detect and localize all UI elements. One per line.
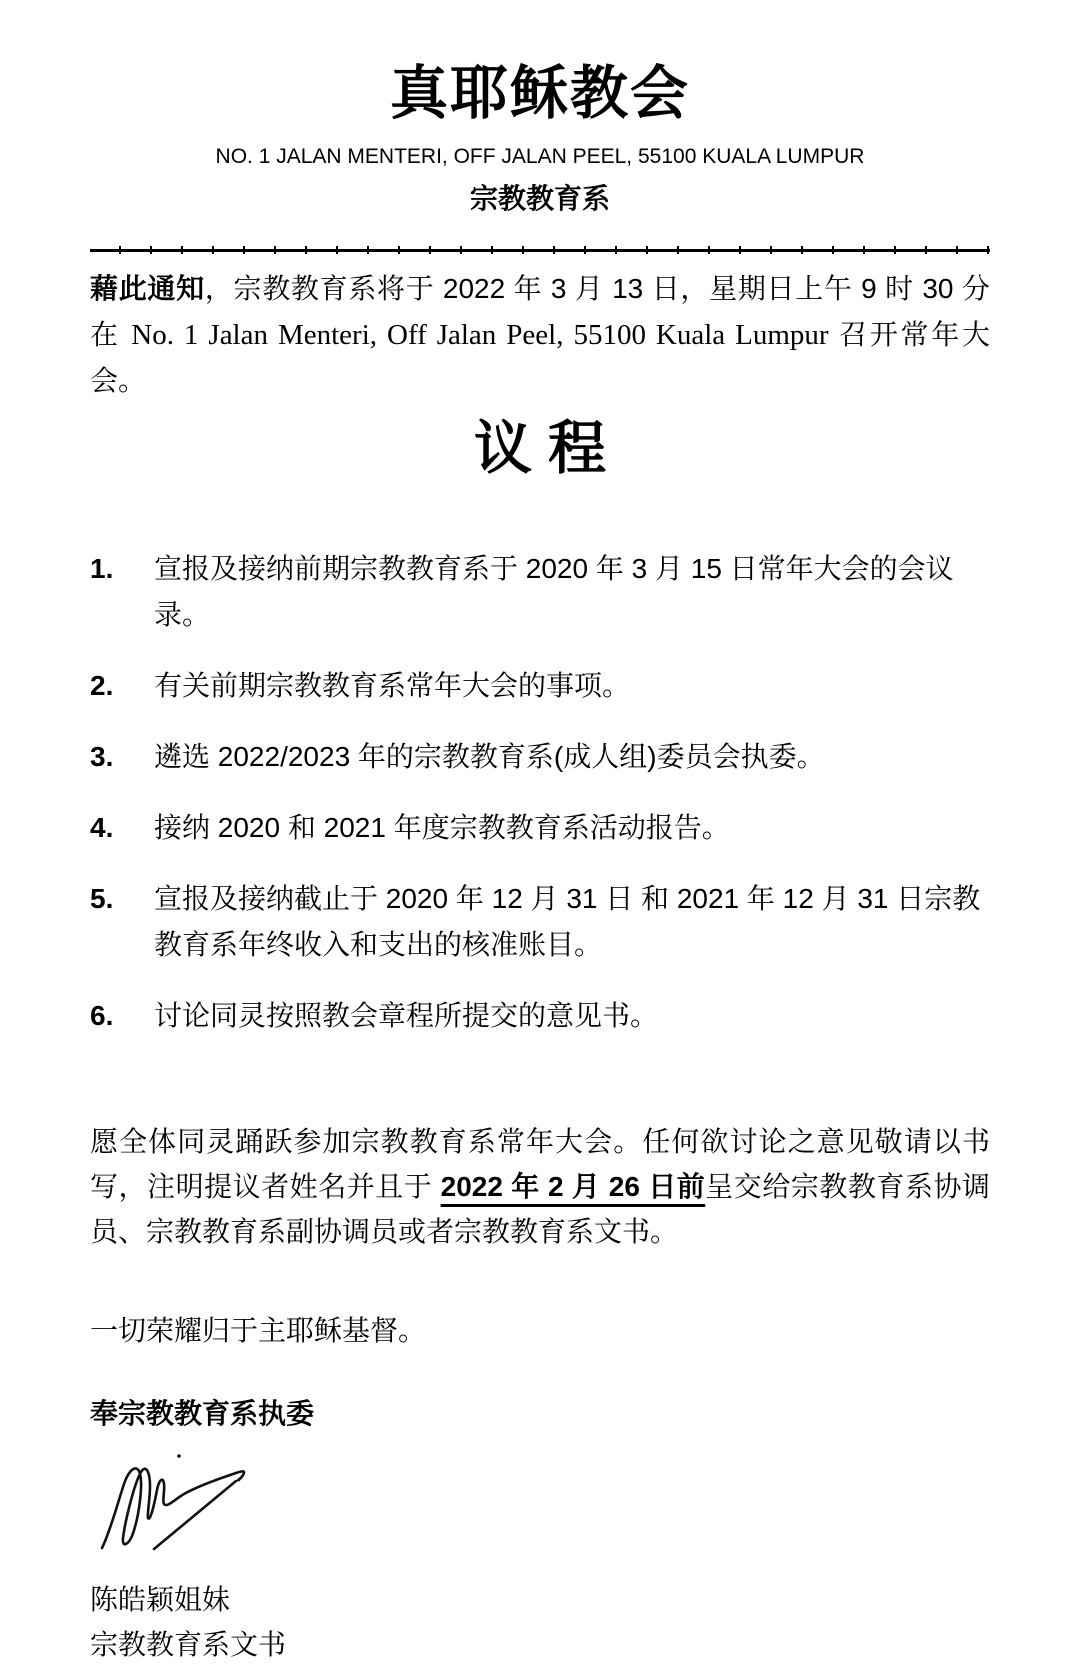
agenda-item-2: 2. 有关前期宗教教育系常年大会的事项。 — [90, 663, 990, 709]
doxology-line: 一切荣耀归于主耶稣基督。 — [90, 1308, 990, 1353]
church-name-title: 真耶稣教会 — [90, 58, 990, 130]
agenda-item-text: 宣报及接纳前期宗教教育系于 2020 年 3 月 15 日常年大会的会议录。 — [154, 553, 954, 630]
agenda-item-number: 2. — [90, 663, 113, 709]
notice-lead: 藉此通知 — [90, 273, 205, 304]
signature-image — [96, 1448, 266, 1553]
agenda-item-text: 遴选 2022/2023 年的宗教教育系(成人组)委员会执委。 — [154, 741, 825, 772]
notice-paragraph: 藉此通知，宗教教育系将于 2022 年 3 月 13 日，星期日上午 9 时 3… — [90, 266, 990, 404]
signature-stroke-main — [102, 1468, 244, 1548]
agenda-list: 1. 宣报及接纳前期宗教教育系于 2020 年 3 月 15 日常年大会的会议录… — [90, 546, 990, 1039]
agenda-item-4: 4. 接纳 2020 和 2021 年度宗教教育系活动报告。 — [90, 805, 990, 851]
document-page: { "header": { "church_name": "真耶稣教会", "a… — [0, 0, 1080, 1667]
signature-pen-dot — [177, 1454, 181, 1458]
signature-stroke-slash — [154, 1481, 236, 1549]
venue-address: No. 1 Jalan Menteri, Off Jalan Peel, 551… — [131, 319, 828, 351]
agenda-item-text: 宣报及接纳截止于 2020 年 12 月 31 日 和 2021 年 12 月 … — [154, 883, 980, 960]
church-address: NO. 1 JALAN MENTERI, OFF JALAN PEEL, 551… — [90, 144, 990, 170]
agenda-heading: 议 程 — [90, 414, 990, 484]
agenda-item-number: 4. — [90, 805, 113, 851]
signer-title: 宗教教育系文书 — [90, 1622, 990, 1667]
notice-document: 真耶稣教会 NO. 1 JALAN MENTERI, OFF JALAN PEE… — [0, 0, 1080, 1667]
agenda-item-text: 接纳 2020 和 2021 年度宗教教育系活动报告。 — [154, 812, 730, 843]
agenda-item-number: 5. — [90, 876, 113, 922]
agenda-item-3: 3. 遴选 2022/2023 年的宗教教育系(成人组)委员会执委。 — [90, 734, 990, 780]
agenda-item-number: 1. — [90, 546, 113, 592]
agenda-item-number: 6. — [90, 993, 113, 1039]
agenda-item-number: 3. — [90, 734, 113, 780]
agenda-item-text: 讨论同灵按照教会章程所提交的意见书。 — [154, 1000, 658, 1031]
agenda-item-5: 5. 宣报及接纳截止于 2020 年 12 月 31 日 和 2021 年 12… — [90, 876, 990, 968]
document-header: 真耶稣教会 NO. 1 JALAN MENTERI, OFF JALAN PEE… — [90, 58, 990, 254]
agenda-item-1: 1. 宣报及接纳前期宗教教育系于 2020 年 3 月 15 日常年大会的会议录… — [90, 546, 990, 638]
signoff-committee-line: 奉宗教教育系执委 — [90, 1391, 990, 1436]
closing-paragraph: 愿全体同灵踊跃参加宗教教育系常年大会。任何欲讨论之意见敬请以书写，注明提议者姓名… — [90, 1119, 990, 1254]
signer-name: 陈皓颖姐妹 — [90, 1577, 990, 1622]
separator-line — [90, 246, 990, 254]
agenda-item-text: 有关前期宗教教育系常年大会的事项。 — [154, 670, 630, 701]
deadline-text: 2022 年 2 月 26 日前 — [441, 1171, 706, 1202]
department-title: 宗教教育系 — [90, 182, 990, 216]
agenda-item-6: 6. 讨论同灵按照教会章程所提交的意见书。 — [90, 993, 990, 1039]
